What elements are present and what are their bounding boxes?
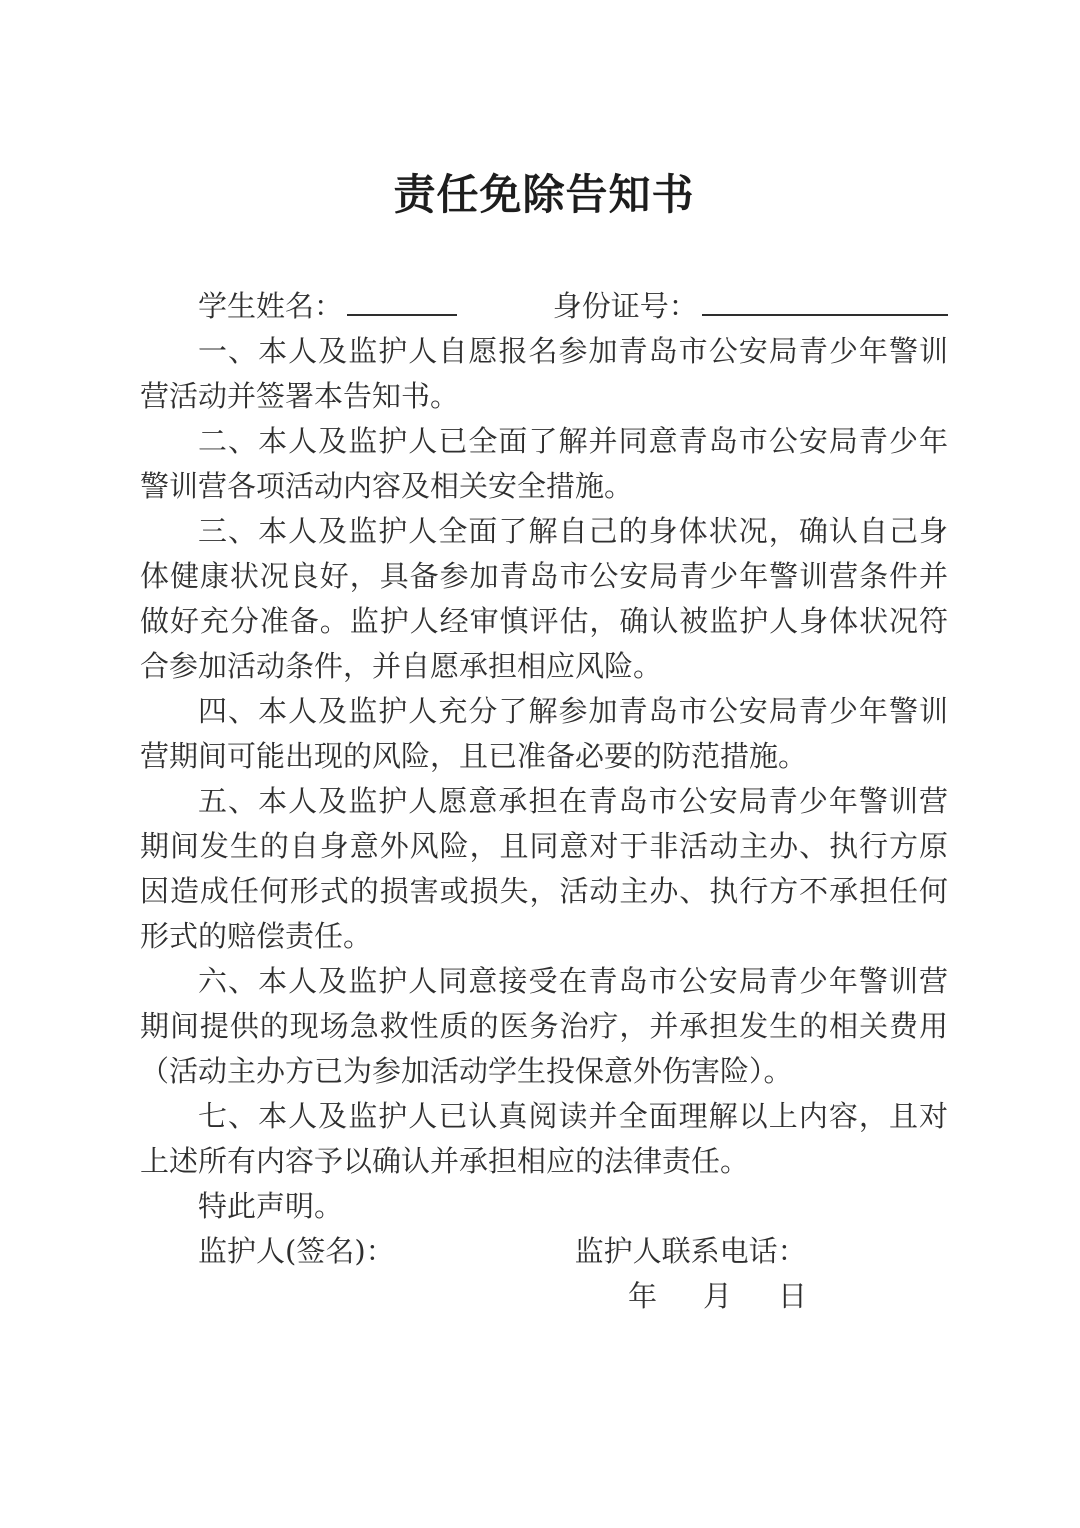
- clause-3: 三、本人及监护人全面了解自己的身体状况，确认自己身体健康状况良好，具备参加青岛市…: [140, 509, 948, 689]
- clause-1: 一、本人及监护人自愿报名参加青岛市公安局青少年警训营活动并签署本告知书。: [140, 329, 948, 419]
- guardian-phone-label: 监护人联系电话：: [575, 1229, 807, 1274]
- date-month-label: 月: [703, 1274, 732, 1319]
- date-row: 年 月 日: [140, 1274, 948, 1319]
- id-number-label: 身份证号：: [553, 284, 698, 329]
- document-title: 责任免除告知书: [140, 170, 948, 220]
- date-year-label: 年: [628, 1274, 657, 1319]
- signature-row: 监护人(签名)： 监护人联系电话：: [140, 1229, 948, 1274]
- student-name-blank: [347, 284, 457, 316]
- header-fields-row: 学生姓名：身份证号：: [140, 284, 948, 329]
- date-day-label: 日: [778, 1274, 807, 1319]
- id-number-blank: [702, 284, 948, 316]
- closing-statement: 特此声明。: [140, 1184, 948, 1229]
- guardian-signature-label: 监护人(签名)：: [198, 1229, 395, 1274]
- document-page: 责任免除告知书 学生姓名：身份证号： 一、本人及监护人自愿报名参加青岛市公安局青…: [0, 0, 1080, 1528]
- clause-4: 四、本人及监护人充分了解参加青岛市公安局青少年警训营期间可能出现的风险，且已准备…: [140, 689, 948, 779]
- clause-5: 五、本人及监护人愿意承担在青岛市公安局青少年警训营期间发生的自身意外风险，且同意…: [140, 779, 948, 959]
- clause-2: 二、本人及监护人已全面了解并同意青岛市公安局青少年警训营各项活动内容及相关安全措…: [140, 419, 948, 509]
- student-name-label: 学生姓名：: [198, 284, 343, 329]
- document-body: 学生姓名：身份证号： 一、本人及监护人自愿报名参加青岛市公安局青少年警训营活动并…: [140, 284, 948, 1319]
- clause-7: 七、本人及监护人已认真阅读并全面理解以上内容，且对上述所有内容予以确认并承担相应…: [140, 1094, 948, 1184]
- clause-6: 六、本人及监护人同意接受在青岛市公安局青少年警训营期间提供的现场急救性质的医务治…: [140, 959, 948, 1094]
